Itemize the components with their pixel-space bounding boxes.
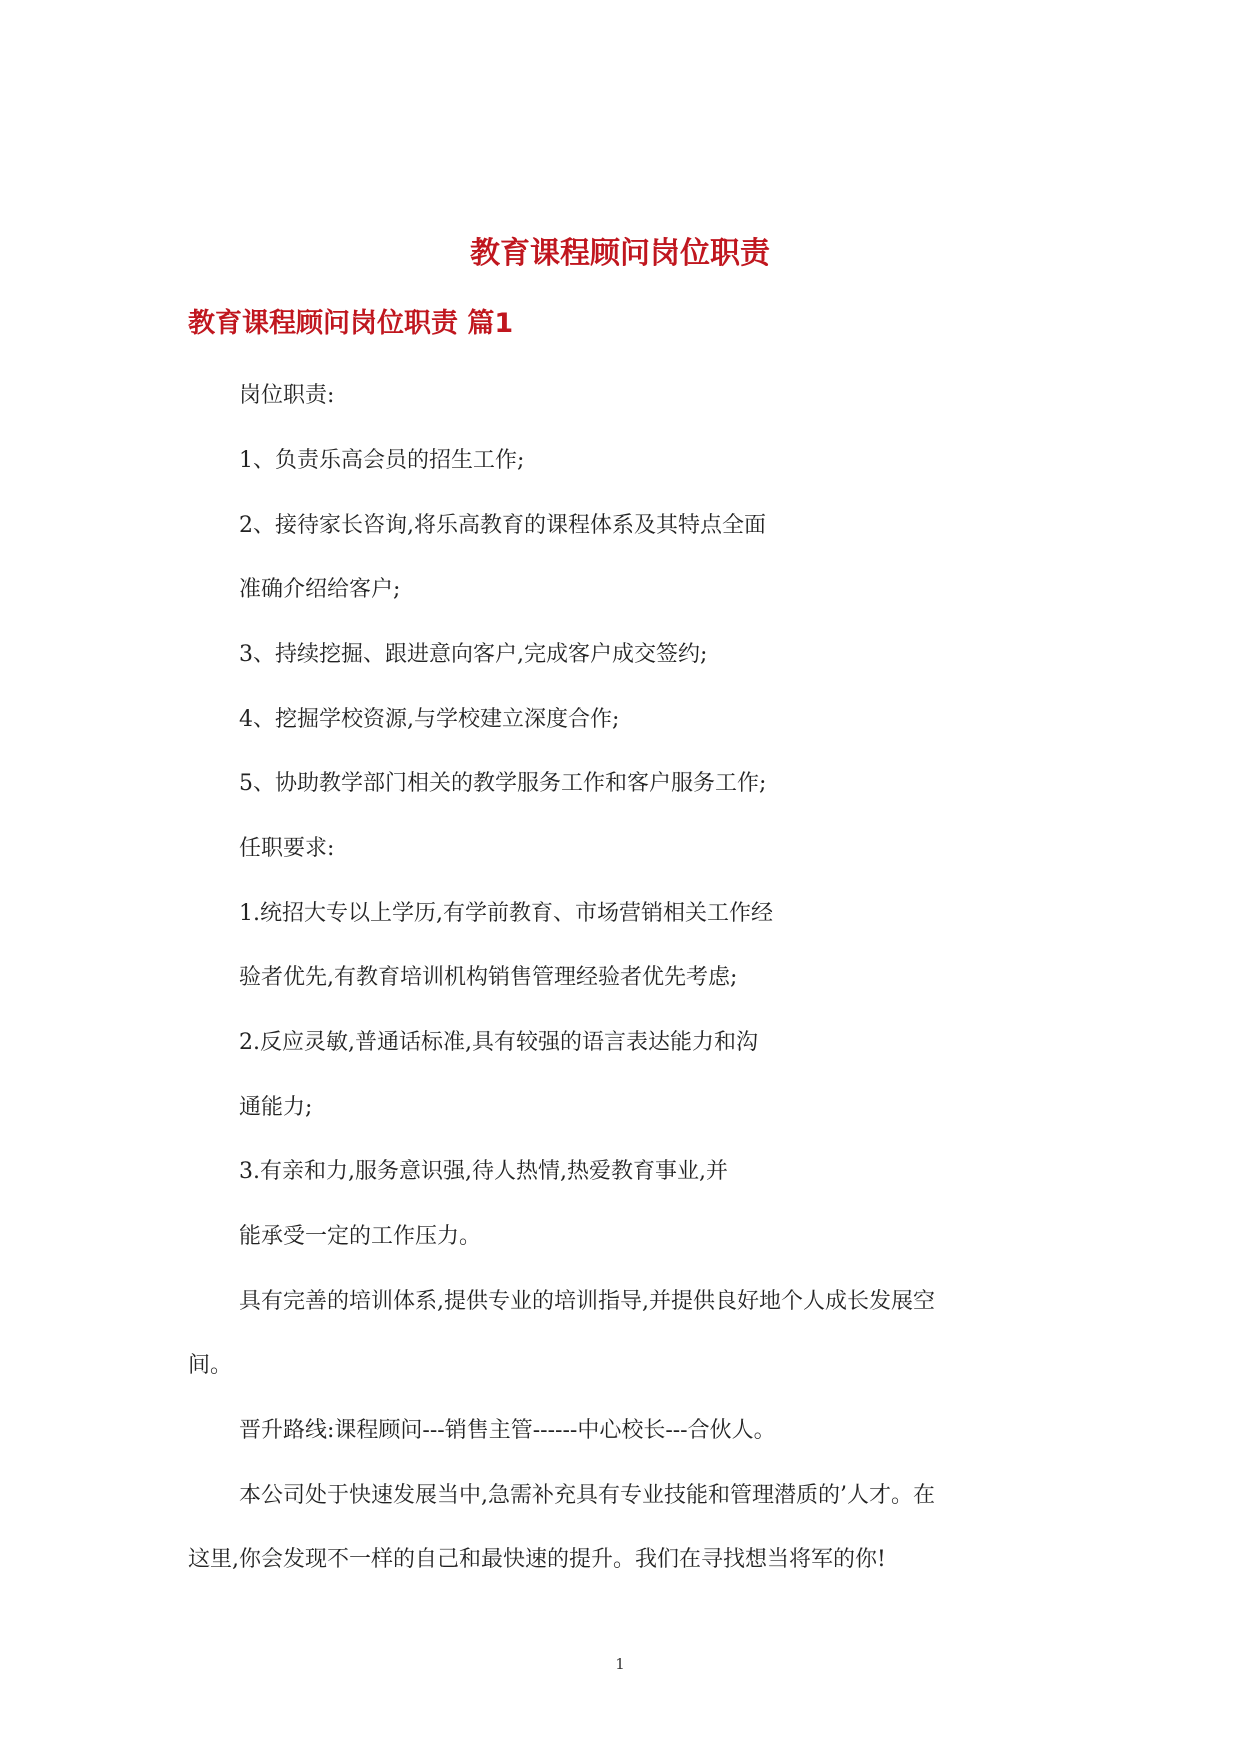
section-heading: 教育课程顾问岗位职责 篇1 — [188, 304, 513, 344]
document-page: 教育课程顾问岗位职责 教育课程顾问岗位职责 篇1 岗位职责: 1、负责乐高会员的… — [0, 0, 1240, 1753]
requirement-item-3-cont: 能承受一定的工作压力。 — [239, 1222, 481, 1252]
duty-item-5: 5、协助教学部门相关的教学服务工作和客户服务工作; — [239, 769, 766, 799]
training-paragraph-cont: 间。 — [188, 1351, 232, 1381]
requirement-item-2: 2.反应灵敏,普通话标准,具有较强的语言表达能力和沟 — [239, 1028, 758, 1058]
training-paragraph: 具有完善的培训体系,提供专业的培训指导,并提供良好地个人成长发展空 — [239, 1287, 935, 1317]
duty-item-2-cont: 准确介绍给客户; — [239, 575, 400, 605]
page-number: 1 — [0, 1655, 1240, 1673]
duties-label: 岗位职责: — [239, 381, 334, 411]
duty-item-3: 3、持续挖掘、跟进意向客户,完成客户成交签约; — [239, 640, 707, 670]
promotion-path: 晋升路线:课程顾问---销售主管------中心校长---合伙人。 — [239, 1416, 776, 1446]
requirement-item-3: 3.有亲和力,服务意识强,待人热情,热爱教育事业,并 — [239, 1157, 728, 1187]
requirement-item-1: 1.统招大专以上学历,有学前教育、市场营销相关工作经 — [239, 899, 773, 929]
requirements-label: 任职要求: — [239, 834, 334, 864]
company-paragraph: 本公司处于快速发展当中,急需补充具有专业技能和管理潜质的’人才。在 — [239, 1481, 935, 1511]
requirement-item-1-cont: 验者优先,有教育培训机构销售管理经验者优先考虑; — [239, 963, 737, 993]
duty-item-2: 2、接待家长咨询,将乐高教育的课程体系及其特点全面 — [239, 511, 766, 541]
requirement-item-2-cont: 通能力; — [239, 1093, 312, 1123]
document-title: 教育课程顾问岗位职责 — [0, 234, 1240, 274]
duty-item-1: 1、负责乐高会员的招生工作; — [239, 446, 524, 476]
duty-item-4: 4、挖掘学校资源,与学校建立深度合作; — [239, 705, 619, 735]
company-paragraph-cont: 这里,你会发现不一样的自己和最快速的提升。我们在寻找想当将军的你! — [188, 1545, 886, 1575]
